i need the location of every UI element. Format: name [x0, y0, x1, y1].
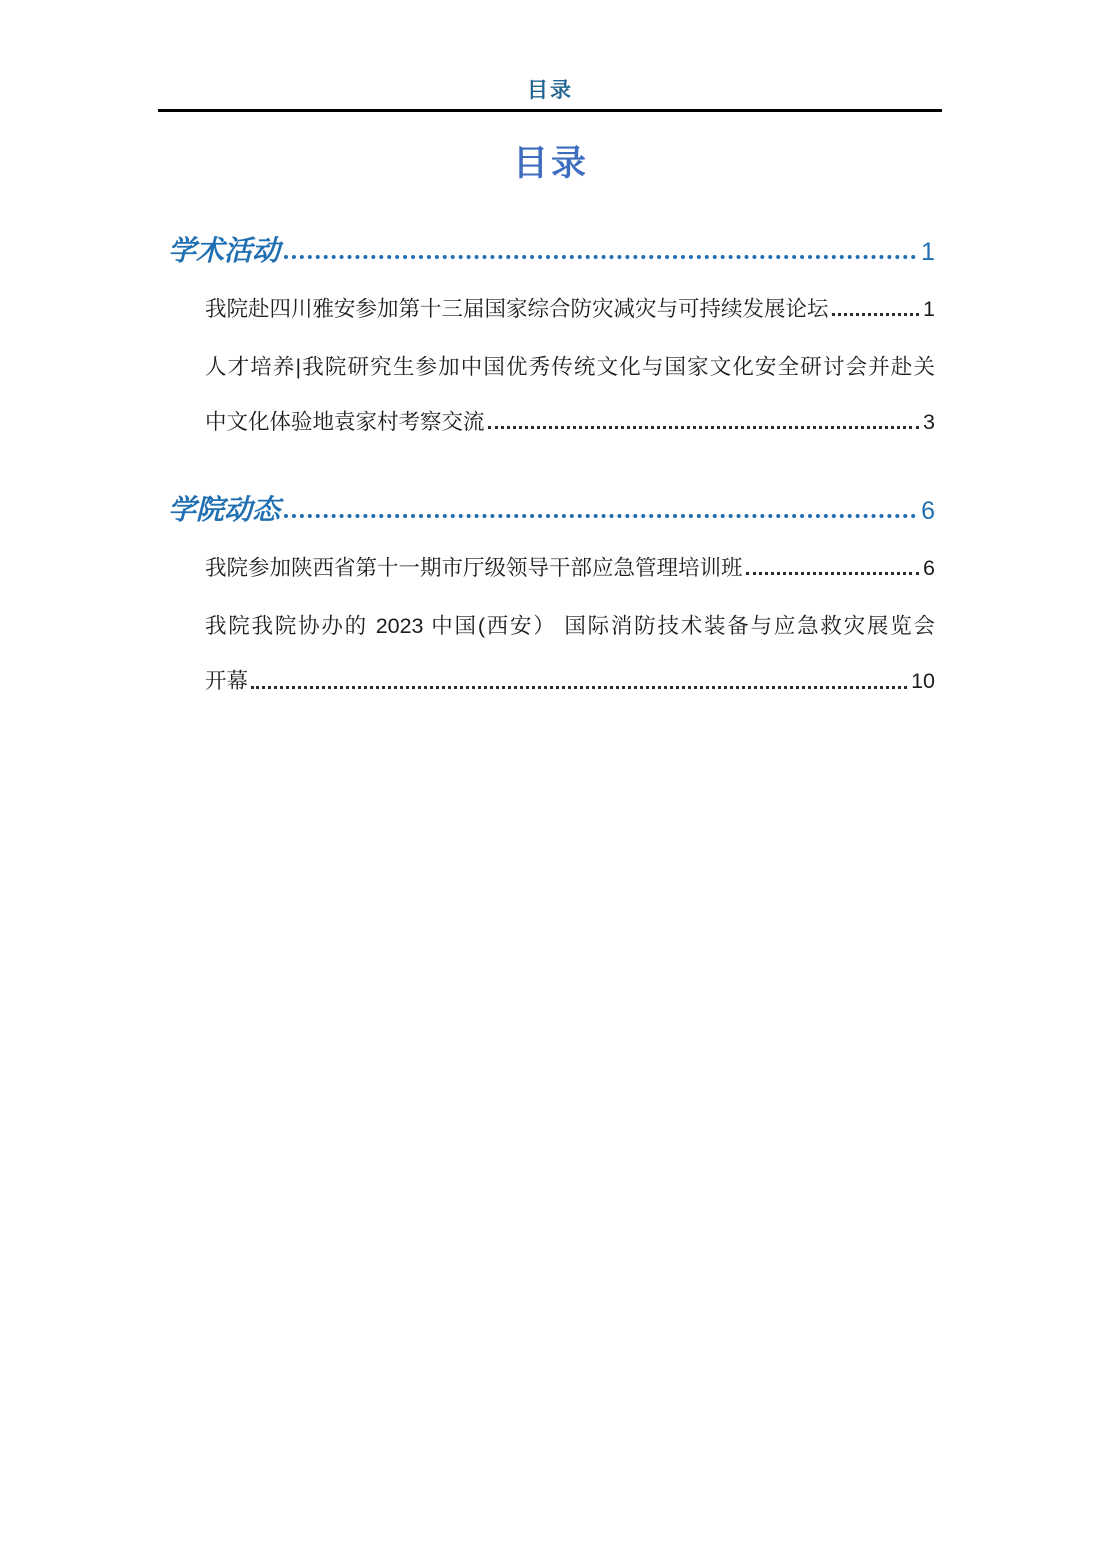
toc-page-number: 6 [921, 496, 935, 526]
document-page: 目录 目录 学术活动 1 我院赴四川雅安参加第十三届国家综合防灾减灾与可持续发展… [0, 0, 1102, 1559]
toc-page-number: 6 [923, 555, 935, 581]
toc-entry-fire-expo[interactable]: 我院我院协办的 2023 中国(西安） 国际消防技术装备与应急救灾展览会 开幕 … [168, 613, 935, 694]
toc-entry-title-line2: 中文化体验地袁家村考察交流 [205, 409, 485, 435]
dot-leader [284, 255, 916, 259]
toc-section-title: 学院动态 [168, 493, 280, 527]
dot-leader [832, 313, 920, 316]
toc-section-heading-college-news[interactable]: 学院动态 6 [168, 493, 935, 527]
toc-entry-title-line1: 我院我院协办的 2023 中国(西安） 国际消防技术装备与应急救灾展览会 [205, 613, 935, 639]
toc-entry-training-class[interactable]: 我院参加陕西省第十一期市厅级领导干部应急管理培训班 6 [168, 555, 935, 581]
table-of-contents: 学术活动 1 我院赴四川雅安参加第十三届国家综合防灾减灾与可持续发展论坛 1 人… [168, 234, 935, 727]
toc-section-heading-academic[interactable]: 学术活动 1 [168, 234, 935, 268]
header-rule [158, 109, 942, 112]
toc-entry-title-line2-row[interactable]: 开幕 10 [205, 668, 935, 694]
running-header-title: 目录 [158, 74, 942, 104]
toc-entry-title-line2: 开幕 [205, 668, 248, 694]
toc-page-number: 10 [911, 668, 935, 694]
toc-section-title: 学术活动 [168, 234, 280, 268]
dot-leader [488, 426, 920, 429]
toc-entry-title-line1: 人才培养|我院研究生参加中国优秀传统文化与国家文化安全研讨会并赴关 [205, 354, 935, 380]
toc-entry-sichuan-forum[interactable]: 我院赴四川雅安参加第十三届国家综合防灾减灾与可持续发展论坛 1 [168, 296, 935, 322]
dot-leader [284, 514, 916, 518]
toc-entry-title: 我院赴四川雅安参加第十三届国家综合防灾减灾与可持续发展论坛 [205, 296, 829, 322]
page-header: 目录 [158, 74, 942, 112]
document-title: 目录 [0, 136, 1102, 186]
toc-entry-title: 我院参加陕西省第十一期市厅级领导干部应急管理培训班 [205, 555, 743, 581]
toc-page-number: 1 [921, 237, 935, 267]
dot-leader [251, 686, 907, 689]
toc-page-number: 3 [923, 409, 935, 435]
toc-entry-culture-seminar[interactable]: 人才培养|我院研究生参加中国优秀传统文化与国家文化安全研讨会并赴关 中文化体验地… [168, 354, 935, 435]
toc-entry-title-line2-row[interactable]: 中文化体验地袁家村考察交流 3 [205, 409, 935, 435]
toc-page-number: 1 [923, 296, 935, 322]
dot-leader [746, 572, 920, 575]
